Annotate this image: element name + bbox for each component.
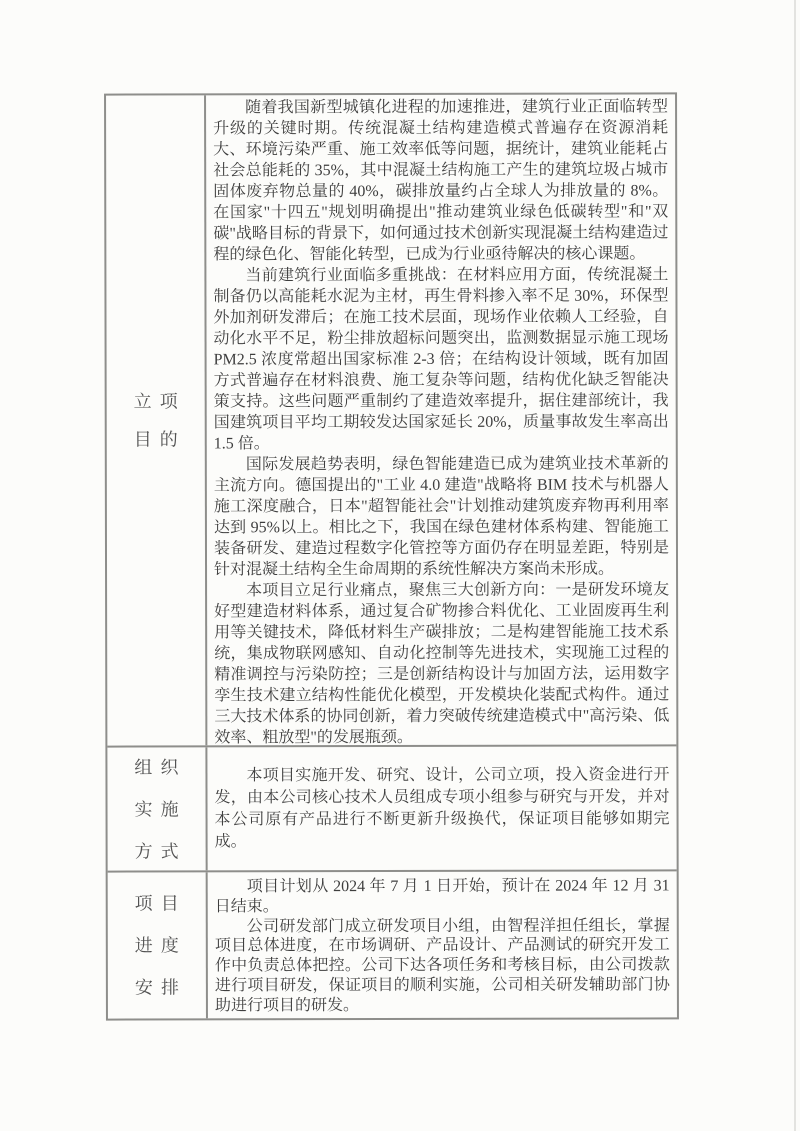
cell-project-schedule: 项目计划从 2024 年 7 月 1 日开始，预计在 2024 年 12 月 3… [208, 871, 677, 1018]
row-header-line: 立项 [125, 382, 185, 420]
cell-organization-implementation: 本项目实施开发、研究、设计，公司立项，投入资金进行开发，由本公司核心技术人员组成… [207, 746, 676, 870]
row-organization-implementation: 组织 实施 方式 本项目实施开发、研究、设计，公司立项，投入资金进行开发，由本公… [107, 744, 676, 870]
row-header-line: 方式 [126, 830, 186, 871]
body-paragraph: 项目计划从 2024 年 7 月 1 日开始，预计在 2024 年 12 月 3… [215, 876, 670, 917]
row-header-line: 项目 [127, 882, 187, 924]
row-header-organization-implementation: 组织 实施 方式 [107, 747, 207, 870]
row-header-project-schedule: 项目 进度 安排 [108, 872, 208, 1018]
row-header-project-purpose: 立项 目的 [106, 95, 207, 745]
body-paragraph: 当前建筑行业面临多重挑战：在材料应用方面，传统混凝土制备仍以高能耗水泥为主材，再… [213, 264, 668, 454]
row-header-line: 目的 [126, 420, 186, 458]
cell-project-purpose: 随着我国新型城镇化进程的加速推进，建筑行业正面临转型升级的关键时期。传统混凝土结… [206, 94, 676, 745]
project-approval-table: 立项 目的 随着我国新型城镇化进程的加速推进，建筑行业正面临转型升级的关键时期。… [104, 92, 679, 1020]
body-paragraph: 随着我国新型城镇化进程的加速推进，建筑行业正面临转型升级的关键时期。传统混凝土结… [213, 96, 668, 265]
body-paragraph: 本项目实施开发、研究、设计，公司立项，投入资金进行开发，由本公司核心技术人员组成… [214, 764, 669, 853]
row-project-purpose: 立项 目的 随着我国新型城镇化进程的加速推进，建筑行业正面临转型升级的关键时期。… [106, 94, 676, 745]
row-header-line: 进度 [127, 924, 187, 966]
body-paragraph: 本项目立足行业痛点，聚焦三大创新方向：一是研发环境友好型建造材料体系，通过复合矿… [214, 579, 669, 745]
row-header-line: 安排 [127, 966, 187, 1008]
row-header-line: 组织 [126, 746, 186, 788]
body-paragraph: 公司研发部门成立研发项目小组，由智程洋担任组长，掌握项目总体进度，在市场调研、产… [215, 916, 670, 1016]
row-header-line: 实施 [126, 788, 186, 830]
scanned-document-page: 立项 目的 随着我国新型城镇化进程的加速推进，建筑行业正面临转型升级的关键时期。… [0, 0, 800, 1131]
page-scan-edge [794, 0, 796, 1131]
row-project-schedule: 项目 进度 安排 项目计划从 2024 年 7 月 1 日开始，预计在 2024… [108, 869, 677, 1018]
body-paragraph: 国际发展趋势表明，绿色智能建造已成为建筑业技术革新的主流方向。德国提出的"工业 … [214, 453, 669, 580]
